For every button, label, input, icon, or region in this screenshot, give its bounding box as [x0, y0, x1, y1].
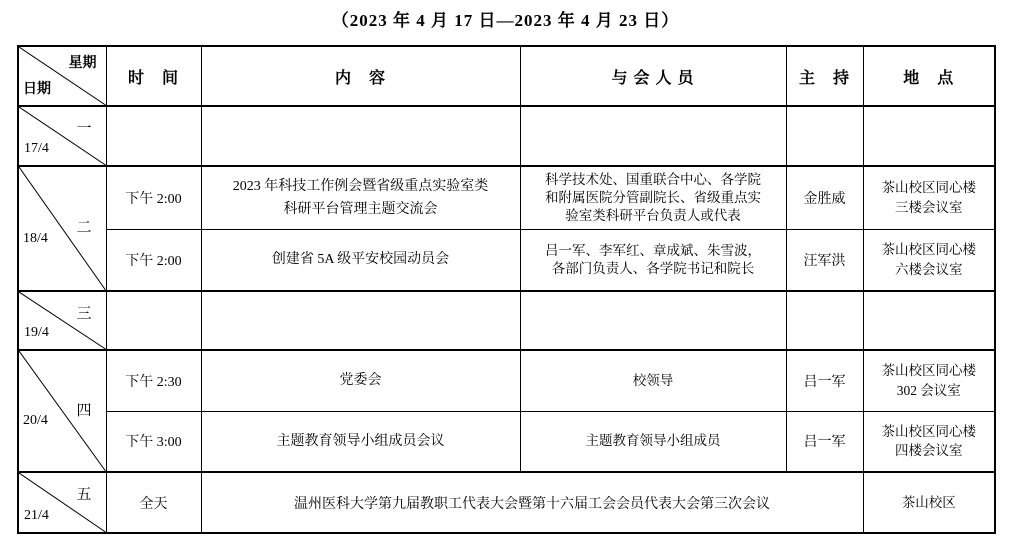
header-row: 星期 日期 时 间 内 容 与 会 人 员 主 持 地 点 — [18, 46, 995, 106]
header-content: 内 容 — [201, 46, 520, 106]
weekday-label: 一 — [76, 117, 91, 138]
weekday-label: 五 — [76, 483, 91, 504]
weekday-label: 四 — [76, 399, 91, 420]
day-cell-18-4: 二 18/4 — [18, 166, 106, 291]
time-cell: 下午 2:00 — [106, 166, 201, 229]
time-cell — [106, 106, 201, 166]
table-row: 四 20/4 下午 2:30 党委会 校领导 吕一军 茶山校区同心楼 302 会… — [18, 350, 995, 411]
host-cell — [786, 291, 863, 350]
date-label: 20/4 — [23, 413, 48, 429]
table-row: 五 21/4 全天 温州医科大学第九届教职工代表大会暨第十六届工会会员代表大会第… — [18, 472, 995, 533]
corner-date-label: 日期 — [23, 78, 51, 98]
content-cell: 主题教育领导小组成员会议 — [201, 411, 520, 472]
day-cell-17-4: 一 17/4 — [18, 106, 106, 166]
time-cell: 下午 2:00 — [106, 229, 201, 291]
attendees-cell — [520, 106, 786, 166]
header-location: 地 点 — [863, 46, 995, 106]
diagonal-divider — [19, 167, 106, 290]
day-cell-21-4: 五 21/4 — [18, 472, 106, 533]
time-cell: 下午 3:00 — [106, 411, 201, 472]
host-cell — [786, 106, 863, 166]
date-label: 17/4 — [24, 141, 49, 157]
day-cell-20-4: 四 20/4 — [18, 350, 106, 472]
host-cell: 金胜威 — [786, 166, 863, 229]
diagonal-divider — [19, 351, 106, 471]
content-cell: 党委会 — [201, 350, 520, 411]
time-cell: 全天 — [106, 472, 201, 533]
attendees-cell: 校领导 — [520, 350, 786, 411]
corner-weekday-label: 星期 — [69, 52, 97, 72]
attendees-cell — [520, 291, 786, 350]
weekday-label: 二 — [76, 216, 91, 237]
date-label: 19/4 — [24, 325, 49, 341]
table-row: 一 17/4 — [18, 106, 995, 166]
content-cell — [201, 106, 520, 166]
content-cell: 2023 年科技工作例会暨省级重点实验室类 科研平台管理主题交流会 — [201, 166, 520, 229]
header-host: 主 持 — [786, 46, 863, 106]
table-row: 下午 3:00 主题教育领导小组成员会议 主题教育领导小组成员 吕一军 茶山校区… — [18, 411, 995, 472]
header-time: 时 间 — [106, 46, 201, 106]
location-cell: 茶山校区同心楼 四楼会议室 — [863, 411, 995, 472]
header-attendees: 与 会 人 员 — [520, 46, 786, 106]
time-cell: 下午 2:30 — [106, 350, 201, 411]
content-cell: 创建省 5A 级平安校园动员会 — [201, 229, 520, 291]
table-row: 三 19/4 — [18, 291, 995, 350]
time-cell — [106, 291, 201, 350]
location-cell: 茶山校区同心楼 三楼会议室 — [863, 166, 995, 229]
date-label: 21/4 — [24, 508, 49, 524]
location-cell: 茶山校区同心楼 302 会议室 — [863, 350, 995, 411]
location-cell: 茶山校区同心楼 六楼会议室 — [863, 229, 995, 291]
host-cell: 汪军洪 — [786, 229, 863, 291]
merged-content-cell: 温州医科大学第九届教职工代表大会暨第十六届工会会员代表大会第三次会议 — [201, 472, 863, 533]
table-row: 下午 2:00 创建省 5A 级平安校园动员会 吕一军、李军红、章成斌、朱雪波，… — [18, 229, 995, 291]
day-cell-19-4: 三 19/4 — [18, 291, 106, 350]
table-row: 二 18/4 下午 2:00 2023 年科技工作例会暨省级重点实验室类 科研平… — [18, 166, 995, 229]
date-label: 18/4 — [23, 231, 48, 247]
weekly-schedule-table: 星期 日期 时 间 内 容 与 会 人 员 主 持 地 点 一 17/4 二 1… — [17, 45, 996, 534]
content-cell — [201, 291, 520, 350]
attendees-cell: 主题教育领导小组成员 — [520, 411, 786, 472]
page-title: （2023 年 4 月 17 日—2023 年 4 月 23 日） — [0, 6, 1011, 31]
corner-header-cell: 星期 日期 — [18, 46, 106, 106]
host-cell: 吕一军 — [786, 411, 863, 472]
attendees-cell: 科学技术处、国重联合中心、各学院 和附属医院分管副院长、省级重点实 验室类科研平… — [520, 166, 786, 229]
location-cell — [863, 106, 995, 166]
attendees-cell: 吕一军、李军红、章成斌、朱雪波， 各部门负责人、各学院书记和院长 — [520, 229, 786, 291]
location-cell: 茶山校区 — [863, 472, 995, 533]
host-cell: 吕一军 — [786, 350, 863, 411]
location-cell — [863, 291, 995, 350]
weekday-label: 三 — [76, 302, 91, 323]
